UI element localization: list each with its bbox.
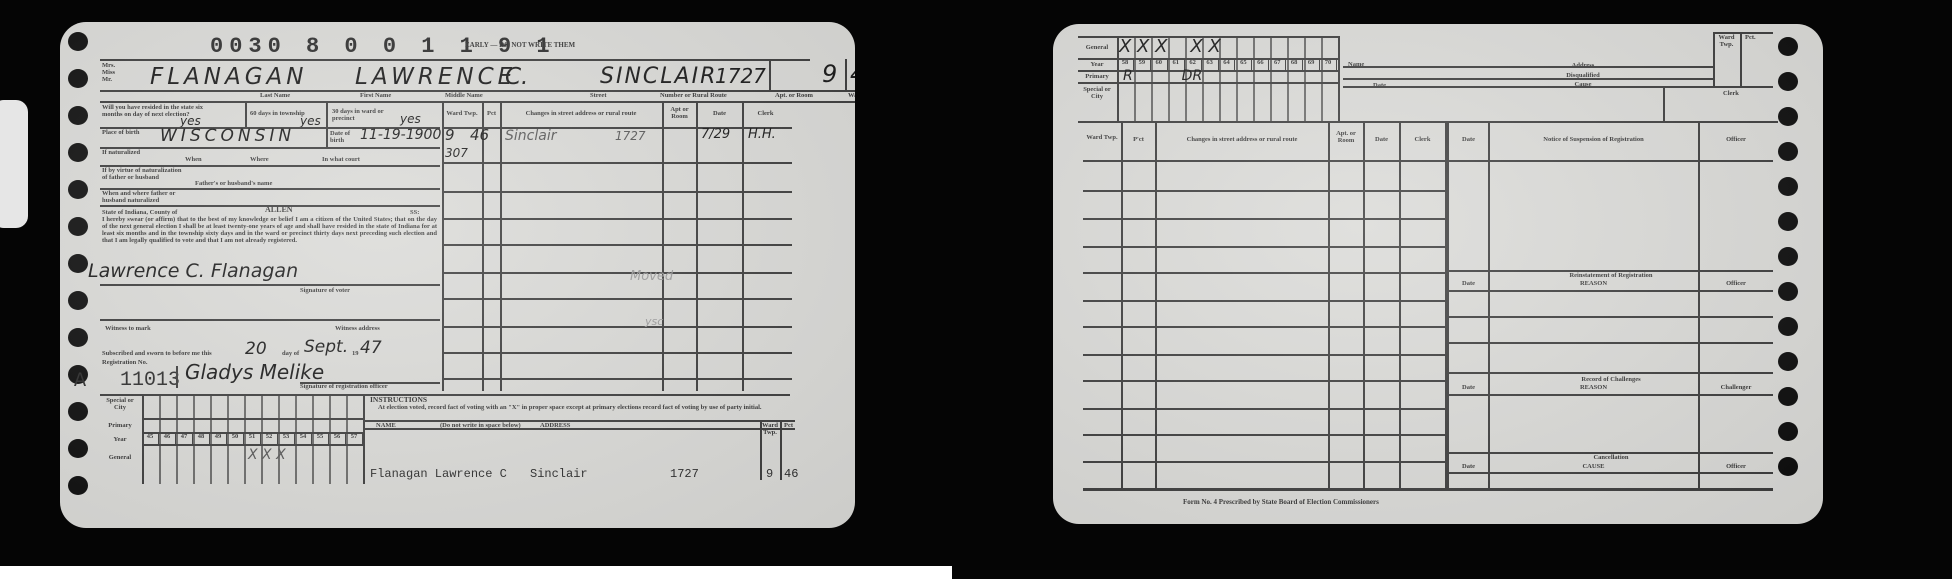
- col-header-clerk: Clerk: [1400, 136, 1445, 143]
- general-vote-marks: X X X X X: [1119, 36, 1221, 57]
- label-place-of-birth: Place of birth: [102, 129, 142, 136]
- label-naturalized: If naturalized: [102, 149, 142, 156]
- street-value: SINCLAIR: [600, 64, 717, 89]
- label-where: Where: [250, 156, 269, 163]
- grid-label-year: Year: [100, 436, 140, 443]
- label-street: Street: [590, 92, 606, 99]
- registration-number: 11013: [120, 369, 180, 392]
- punch-hole: [1778, 457, 1798, 476]
- col-header-suspension-date: Date: [1449, 136, 1488, 143]
- col-header-ward: Ward Twp.: [1083, 134, 1121, 141]
- punch-hole: [1778, 247, 1798, 266]
- a-ward: yes: [400, 112, 421, 126]
- form-footer: Form No. 4 Prescribed by State Board of …: [1183, 499, 1379, 506]
- label-ward: Ward: [848, 92, 855, 99]
- typed-name: Flanagan Lawrence C: [370, 467, 507, 481]
- voter-signature: Lawrence C. Flanagan: [88, 260, 298, 282]
- punch-hole: [68, 106, 88, 125]
- col-header-challenger: Challenger: [1699, 384, 1773, 391]
- registration-letter: A: [74, 370, 86, 393]
- punch-hole: [1778, 107, 1798, 126]
- q-state-residency: Will you have resided in the state six m…: [102, 104, 222, 118]
- col-header-challenge-date: Date: [1449, 384, 1488, 391]
- primary-vote-marks: R DR: [1123, 68, 1202, 84]
- col-header-pct: P'ct: [1122, 136, 1155, 143]
- registration-card-front: 0030 8 0 0 1 1 9 1 EARLY — DO NOT WRITE …: [60, 22, 855, 528]
- label-voter-signature: Signature of voter: [300, 287, 350, 294]
- punch-hole: [1778, 387, 1798, 406]
- first-name-value: LAWRENCE: [355, 64, 516, 90]
- col-header-challenge-reason: REASON: [1489, 384, 1698, 391]
- change-row-number: 1727: [615, 129, 646, 143]
- subscribed-year: 47: [360, 338, 382, 358]
- faint-note: ysc: [645, 315, 663, 328]
- middle-name-value: C.: [505, 64, 528, 90]
- punch-hole: [68, 476, 88, 495]
- instructions-text: At election voted, record fact of voting…: [378, 404, 798, 411]
- change-row-street: Sinclair: [505, 128, 556, 144]
- typed-ward: 9: [766, 467, 773, 481]
- label-witness-address: Witness address: [335, 325, 380, 332]
- punch-hole: [68, 254, 88, 273]
- label-registration-officer: Signature of registration officer: [300, 383, 388, 390]
- col-header-date: Date: [1364, 136, 1399, 143]
- subscribed-year-prefix: 19: [352, 350, 359, 357]
- label-subscribed: Subscribed and sworn to before me this: [102, 350, 212, 357]
- label-when: When: [185, 156, 202, 163]
- instructions-title: INSTRUCTIONS: [370, 396, 427, 404]
- col-header-apt: Apt. or Room: [1329, 130, 1363, 144]
- typed-number: 1727: [670, 467, 699, 481]
- a-township: yes: [300, 114, 321, 128]
- label-pct: Pct.: [1745, 34, 1756, 41]
- grid-label-special: Special or City: [1078, 86, 1116, 100]
- scan-edge-artifact: [0, 100, 28, 228]
- punch-hole: [68, 180, 88, 199]
- punch-hole: [68, 291, 88, 310]
- oath-state-county: State of Indiana, County of: [102, 209, 177, 216]
- label-last-name: Last Name: [260, 92, 290, 99]
- punch-hole: [1778, 422, 1798, 441]
- punch-hole: [1778, 142, 1798, 161]
- label-father-naturalization: If by virtue of naturalization of father…: [102, 167, 182, 181]
- label-day-of: day of: [282, 350, 299, 357]
- label-number: Number or Rural Route: [660, 92, 727, 99]
- label-apt: Apt. or Room: [775, 92, 813, 99]
- date-of-birth-value: 11-19-1900: [360, 127, 441, 143]
- punch-hole: [1778, 72, 1798, 91]
- label-court: In what court: [322, 156, 360, 163]
- label-registration-no: Registration No.: [102, 359, 148, 366]
- q-ward: 30 days in ward or precinct: [332, 108, 402, 122]
- header-note: EARLY — DO NOT WRITE THEM: [465, 42, 575, 49]
- label-date-of-birth: Date of birth: [330, 130, 360, 144]
- punch-hole: [68, 402, 88, 421]
- place-of-birth-value: WISCONSIN: [160, 126, 295, 146]
- col-header-cancellation-officer: Officer: [1699, 463, 1773, 470]
- col-header-apt: Apt or Room: [663, 106, 696, 120]
- punch-hole: [68, 439, 88, 458]
- ward-value: 9: [822, 60, 837, 88]
- label-middle-name: Middle Name: [445, 92, 483, 99]
- oath-text: I hereby swear (or affirm) that to the b…: [102, 216, 437, 244]
- change-row-date: 7/29: [701, 127, 730, 142]
- change-row-ward: 307: [445, 146, 468, 160]
- grid-label-year: Year: [1078, 61, 1116, 68]
- col-header-reinstatement-officer: Officer: [1699, 280, 1773, 287]
- label-when-where-naturalized: When and where father or husband natural…: [102, 190, 192, 204]
- col-header-changes: Changes in street address or rural route: [501, 110, 661, 117]
- col-header-clerk: Clerk: [743, 110, 788, 117]
- col-header-ward: Ward Twp.: [443, 110, 481, 117]
- punch-hole: [1778, 282, 1798, 301]
- label-clerk: Clerk: [1723, 90, 1739, 97]
- punch-hole: [1778, 177, 1798, 196]
- label-father-name: Father's or husband's name: [195, 180, 272, 187]
- col-header-suspension-notice: Notice of Suspension of Registration: [1489, 136, 1698, 143]
- subscribed-month: Sept.: [304, 337, 348, 357]
- col-header-cancellation-cause: CAUSE: [1489, 463, 1698, 470]
- grid-label-special: Special or City: [100, 397, 140, 411]
- registration-officer-signature: Gladys Melike: [185, 360, 324, 384]
- grid-label-general: General: [1078, 44, 1116, 51]
- punch-hole: [68, 69, 88, 88]
- change-row-ward: 9: [445, 126, 455, 144]
- punch-hole: [1778, 212, 1798, 231]
- punch-hole: [68, 217, 88, 236]
- house-number-value: 1727: [715, 64, 766, 88]
- oath-county-value: ALLEN: [265, 206, 293, 213]
- col-header-suspension-officer: Officer: [1699, 136, 1773, 143]
- col-header-date: Date: [697, 110, 742, 117]
- col-header-reinstatement-reason: REASON: [1489, 280, 1698, 287]
- punch-hole: [68, 143, 88, 162]
- general-vote-marks: X X X: [248, 447, 286, 463]
- last-name-value: FLANAGAN: [150, 64, 307, 90]
- title-prefix: Mrs.MissMr.: [102, 62, 124, 83]
- challenges-title: Record of Challenges: [1449, 376, 1773, 383]
- typed-pct: 46: [784, 467, 798, 481]
- pct-value: 46: [850, 60, 855, 88]
- reinstatement-title: Reinstatement of Registration: [1449, 272, 1773, 279]
- col-header-reinstatement-date: Date: [1449, 280, 1488, 287]
- faint-note: Moved: [630, 269, 673, 284]
- col-header-changes: Changes in street address or rural route: [1156, 136, 1328, 143]
- change-row-pct: 46: [470, 126, 489, 144]
- punch-hole: [1778, 37, 1798, 56]
- grid-label-primary: Primary: [100, 422, 140, 429]
- registration-card-back: General Year Primary Special or City 58 …: [1053, 24, 1823, 524]
- label-first-name: First Name: [360, 92, 391, 99]
- change-row-clerk: H.H.: [748, 127, 776, 142]
- punch-hole: [1778, 352, 1798, 371]
- subscribed-day: 20: [245, 339, 267, 359]
- scan-white-strip: [0, 566, 952, 579]
- cancellation-title: Cancellation: [1449, 454, 1773, 461]
- grid-label-general: General: [100, 454, 140, 461]
- punch-hole: [1778, 317, 1798, 336]
- oath-ss: SS:: [410, 209, 419, 216]
- grid-label-primary: Primary: [1078, 73, 1116, 80]
- col-header-pct: Pct: [483, 110, 500, 117]
- col-header-cancellation-date: Date: [1449, 463, 1488, 470]
- punch-hole: [68, 328, 88, 347]
- punch-hole: [68, 32, 88, 51]
- label-ward: Ward Twp.: [1713, 34, 1740, 48]
- label-witness-mark: Witness to mark: [105, 325, 151, 332]
- typed-street: Sinclair: [530, 467, 588, 481]
